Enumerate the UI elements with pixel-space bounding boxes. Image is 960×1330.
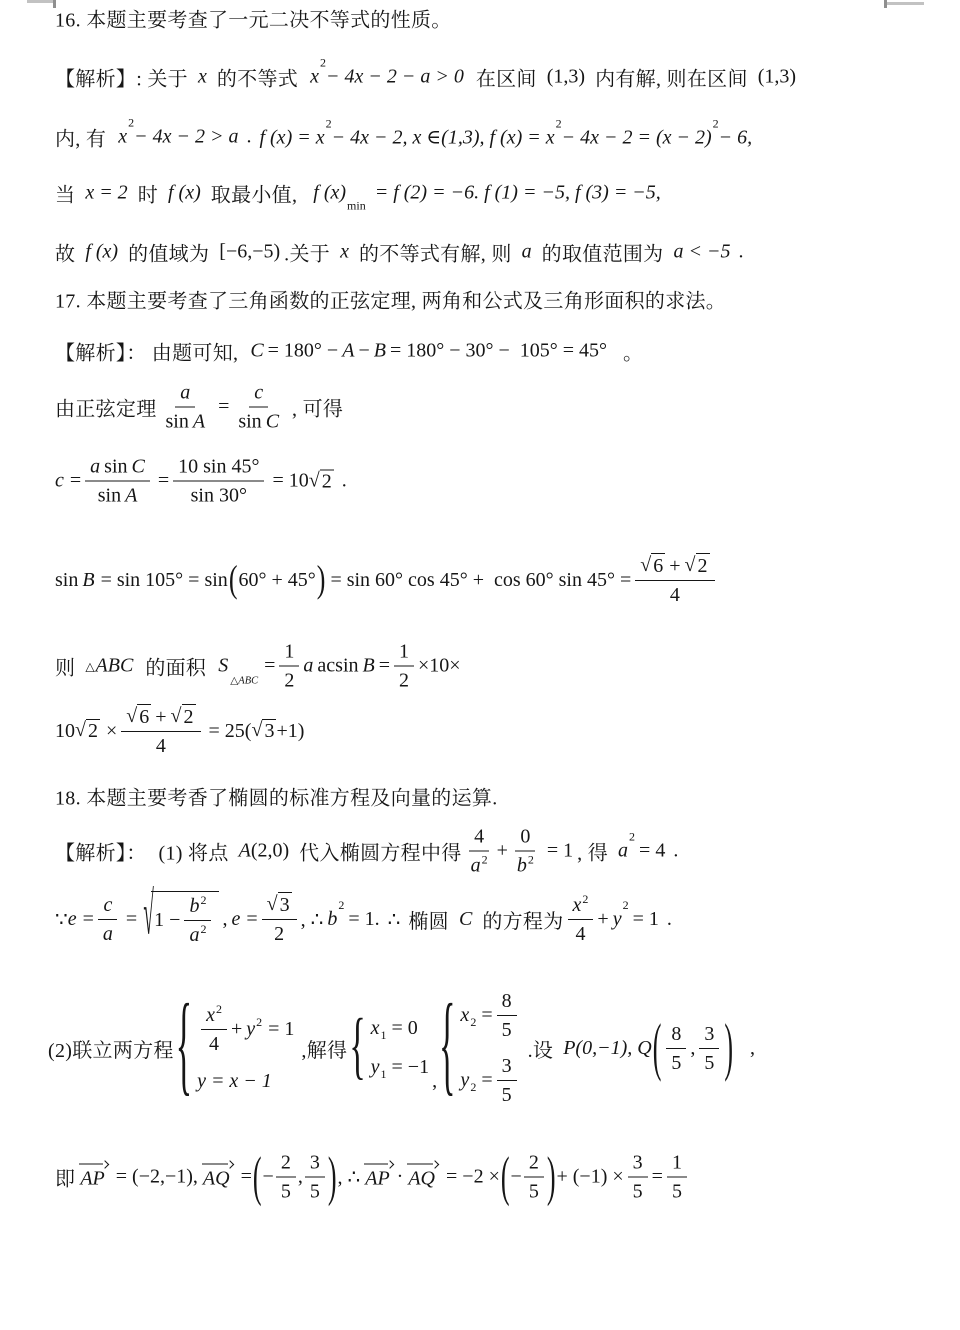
p18-solution-line-2: ∵ e = c a = √ 1 − b2 a2 , e = √3 2 , ∴ b… [55,891,672,947]
radical-sign: √ [171,704,182,728]
numerator: 3 [497,1054,517,1081]
function-fx: f (x) [85,241,118,264]
p16-solution-line-3: 当 x = 2 时 f (x) 取最小值, f (x)min = f (2) =… [55,179,661,208]
denominator: 5 [666,1049,686,1075]
superscript: 2 [556,117,562,131]
p17-solution-line-5: 则 △ABC 的面积 S△ABC = 1 2 a acsin B = 1 2 ×… [55,640,461,693]
fraction: c a [98,893,118,946]
denominator: 5 [276,1178,296,1204]
math-run: AP [365,1168,389,1190]
denominator: 4 [151,732,171,758]
inequality: x2− 4x − 2 > a [118,126,238,149]
subscript-triangle-abc: △ABC [230,676,258,687]
math-run: AP [80,1168,104,1190]
minus: − [263,1166,274,1189]
fraction: √6 + √2 4 [121,704,200,758]
fraction: c sinC [233,381,284,434]
equals: = [481,1004,492,1027]
var-c: c [254,381,263,405]
vector-AP: AP [363,1164,393,1191]
numerator: 8 [497,989,517,1016]
therefore-run: , ∴ [338,1165,361,1190]
vector-AQ: AQ [201,1164,234,1191]
fraction: 10 sin 45° sin 30° [173,455,264,508]
radicand: 6 [651,553,665,578]
analysis-label: 【解析】： [55,837,147,866]
math-run: sin 30° [191,484,247,508]
var-x: x [340,241,349,264]
var-a: a [90,455,100,479]
number: 5 [633,1180,643,1204]
math-run: ×10× [418,655,461,678]
numerator: x2 [568,893,594,920]
title-text: 16. 本题主要考查了一元二决不等式的性质。 [55,4,452,33]
var-x: x [118,126,127,148]
number: 2 [399,669,409,693]
var-B: B [374,340,386,363]
var-B: B [82,569,94,592]
text-run: , 可得 [292,393,343,422]
p17-solution-line-6: 10 √2 × √6 + √2 4 = 25( √3 +1) [55,704,304,758]
var-a: a [103,922,113,946]
radicand: 2 [86,719,100,743]
number: 2 [274,922,284,946]
numerator: 4 [469,825,489,852]
var-C: C [250,340,263,363]
number: 2 [284,669,294,693]
text-run: .设 [528,1034,554,1063]
superscript: 2 [338,898,344,912]
var-A: A [342,340,354,363]
denominator: 4 [665,581,685,607]
p18-solution-line-1: 【解析】： (1) 将点 A(2,0) 代入椭圆方程中得 4 a2 + 0 b2… [55,825,678,878]
range-interval: [−6,−5) [219,241,280,264]
superscript: 2 [326,117,332,131]
system-row: y1= −1 [371,1056,429,1079]
number: 1 [399,640,409,664]
denominator: sinA [161,408,211,434]
math-run: = 180° − 30° − 105° = 45° [390,340,607,363]
var-b: b [327,908,337,930]
numerator: √6 + √2 [635,553,714,581]
var-y2: y [460,1069,469,1092]
left-paren: ( [253,1150,262,1205]
dot-product: · [397,1166,404,1189]
text-run: .关于 [284,238,330,267]
numerator: c [98,893,117,920]
radicand: 3 [278,892,292,917]
sqrt-2: √2 [309,469,334,493]
title-text: 18. 本题主要考香了椭圆的标准方程及向量的运算. [55,782,498,811]
plus: + [669,554,680,578]
fraction: x2 4 [568,893,594,946]
number: 3 [633,1151,643,1175]
sin: sin [238,410,261,434]
math-run: = 1 [268,1018,294,1041]
equals: = [481,1069,492,1092]
fraction: 85 [666,1022,686,1075]
text-run: 取最小值, [211,179,298,208]
point-A: A(2,0) [239,840,290,863]
sqrt-2: √2 [75,719,100,743]
math-run: − 4x − 2 > a [134,126,238,148]
times: × [106,720,117,743]
p17-solution-line-3: c = asinC sinA = 10 sin 45° sin 30° = 10… [55,455,347,508]
sin: sin [104,455,127,479]
p16-solution-line-1: 【解析】: 关于 x 的不等式 x2− 4x − 2 − a > 0 在区间 (… [55,63,796,92]
text-run: 时 [138,179,158,208]
var-C: C [266,410,279,434]
fraction: 15 [667,1151,687,1204]
analysis-label: 【解析】： 由题可知, [55,337,238,366]
minus: − [358,340,369,363]
numerator: 2 [524,1151,544,1178]
number: 4 [156,734,166,758]
var-A: A [193,410,205,434]
period: . [738,241,743,264]
text-run: 代入椭圆方程中得 [299,837,461,866]
plus: + [231,1018,242,1041]
math-run: AQ [203,1168,230,1190]
therefore-run: , ∴ [301,907,324,932]
triangle-icon: △ [85,660,94,674]
var-a: a [618,840,628,862]
interval: (1,3) [547,66,585,89]
var-x2: x [460,1004,469,1027]
math-run: = 180° − [268,340,339,363]
var-C: C [132,455,145,479]
left-brace: { [439,992,455,1104]
text-run: ,解得 [301,1034,347,1063]
interval: (1,3) [758,66,796,89]
var-b: b [189,894,199,918]
number: 2 [529,1151,539,1175]
math-run: = sin 105° = sin [101,569,228,592]
denominator: 4 [204,1030,224,1056]
left-paren: ( [501,1150,510,1205]
equation-system-1: x2 4 + y2 = 1 y = x − 1 [197,1003,294,1093]
var-a: a [189,923,199,947]
plus: + [497,840,508,863]
number: 10 [55,720,75,743]
vector-AP: AP [78,1164,108,1191]
radicand: 2 [320,469,334,493]
radical-sign: √ [126,704,137,728]
number: 4 [670,583,680,607]
var-B: B [363,655,375,678]
p18-solution-line-4: 即 AP = (−2,−1), AQ = ( − 25 , 35 ) , ∴ A… [55,1151,691,1204]
text-run: , 得 [577,837,608,866]
number: 8 [502,989,512,1013]
problem-18-title: 18. 本题主要考香了椭圆的标准方程及向量的运算. [55,782,498,811]
left-brace: { [349,1011,365,1086]
math-run: = sin 60° cos 45° + cos 60° sin 45° = [330,569,631,592]
superscript: 2 [629,830,635,844]
denominator: 5 [628,1178,648,1204]
number: 3 [310,1151,320,1175]
numerator: asinC [85,455,150,482]
fraction: x2 4 [201,1003,227,1056]
text-run: 故 [55,238,75,267]
math-run: = f (2) = −6. f (1) = −5, f (3) = −5, [375,182,661,205]
p16-solution-line-4: 故 f (x) 的值域为 [−6,−5) .关于 x 的不等式有解, 则 a 的… [55,238,743,267]
comma: , [690,1037,695,1060]
left-brace: { [176,992,192,1104]
vector-AQ: AQ [406,1164,439,1191]
text-run: 椭圆 [408,905,449,934]
var-a: a [522,241,532,264]
comma: , [432,1070,437,1107]
numerator: 3 [305,1151,325,1178]
sqrt-3: √3 [267,892,292,917]
math-run: + (−1) × [556,1166,623,1189]
fraction-half: 1 2 [279,640,299,693]
math-run: x = 2 [85,182,127,205]
line-equation: y = x − 1 [197,1070,272,1093]
number: 5 [502,1018,512,1042]
sin: sin [98,484,121,508]
math-run: +1) [276,720,304,743]
radical-sign: √ [251,719,262,742]
equals: = [379,655,390,678]
numerator: x2 [201,1003,227,1030]
a-squared: a2= 4 [618,840,665,863]
var-a: a [303,655,313,678]
answer-range: a < −5 [673,241,730,264]
system-row: y2= 35 [460,1054,520,1107]
minus: − [511,1166,522,1189]
equals: = [218,396,229,419]
sqrt-6: √6 [126,704,151,729]
var-x: x [198,66,207,89]
period: . [246,126,251,149]
number: 4 [209,1032,219,1056]
numerator: a [175,381,195,408]
math-run: 10 sin 45° [178,455,259,479]
var-x: x [310,66,319,88]
math-run: AQ [408,1168,435,1190]
p17-solution-line-2: 由正弦定理 a sinA = c sinC , 可得 [55,381,343,434]
superscript: 2 [623,898,629,912]
equals: = [158,470,169,493]
numerator: c [249,381,268,408]
equals: = [126,908,137,931]
numerator: 3 [699,1022,719,1049]
fraction: asinC sinA [85,455,150,508]
number: 1 [672,1151,682,1175]
denominator: 5 [497,1081,517,1107]
right-paren: ) [328,1150,337,1205]
math-run: − 4x − 2 = (x − 2) [562,127,712,149]
denominator: sinC [233,408,284,434]
radical-sign: √ [309,469,320,492]
text-run: 内, 有 [55,123,106,152]
text-run: 由正弦定理 [55,393,157,422]
fraction: 35 [305,1151,325,1204]
period-cjk: 。 [623,337,643,366]
right-paren: ) [317,561,326,599]
denominator: 2 [279,667,299,693]
function-fx: f (x) [313,182,346,204]
fraction: a sinA [161,381,211,434]
sin: sin [166,410,189,434]
radical-sign: √ [75,719,86,742]
denominator: a2 [184,921,211,947]
angle-sum: 60° + 45° [238,569,315,592]
text-run: 内有解, 则在区间 [595,63,748,92]
radicand: 2 [182,704,196,729]
numerator: 3 [628,1151,648,1178]
fraction: b2 a2 [184,894,211,947]
math-run: f (x) = x [259,127,324,149]
acsin: acsin [317,655,358,678]
numerator: 0 [515,825,535,852]
var-x: x [206,1003,215,1027]
var-S: S [218,655,228,677]
number: 8 [671,1022,681,1046]
fraction: 25 [524,1151,544,1204]
number: 4 [575,922,585,946]
denominator: b2 [512,852,539,878]
math-run: 1 − [154,909,180,932]
equals: = [264,655,275,678]
math-run: − 4x − 2 − a > 0 [326,66,464,88]
denominator: 5 [524,1178,544,1204]
var-x: x [573,893,582,917]
equals: = [70,470,81,493]
math-run: = (−2,−1), [116,1166,198,1189]
math-run: − 4x − 2, x ∈(1,3), f (x) = x [332,127,555,149]
text-run: 的取值范围为 [542,238,664,267]
denominator: 5 [699,1049,719,1075]
p18-solution-line-3: (2)联立两方程 { x2 4 + y2 = 1 y = x − 1 ,解得 {… [48,989,755,1107]
var-y: y [246,1018,255,1041]
fraction-half: 1 2 [394,640,414,693]
superscript: 2 [320,56,326,70]
numerator: 2 [276,1151,296,1178]
analysis-label: 【解析】: 关于 [55,63,188,92]
radical-sign: √ [144,882,154,951]
var-a: a [180,381,190,405]
radical-sign: √ [640,553,651,577]
document-page: 16. 本题主要考查了一元二决不等式的性质。 【解析】: 关于 x 的不等式 x… [0,0,960,1330]
equation-system-2: x1= 0 y1= −1 [371,1017,429,1079]
superscript: 2 [128,116,134,130]
fx-min: f (x)min [313,182,366,205]
var-A: A [239,840,251,862]
left-paren: ( [229,561,238,599]
text-run: 的方程为 [482,905,563,934]
number: 5 [281,1180,291,1204]
right-paren: ) [724,1016,733,1081]
var-x1: x [371,1017,380,1040]
p17-solution-line-4: sin B = sin 105° = sin ( 60° + 45° ) = s… [55,553,719,607]
number: 4 [474,825,484,849]
numerator: √6 + √2 [121,704,200,732]
plus: + [155,705,166,729]
number: 1 [284,640,294,664]
y-squared: y2= 1 [613,908,659,931]
denominator: 4 [570,920,590,946]
number: 5 [529,1180,539,1204]
sqrt-2: √2 [685,553,710,578]
mark-bar [887,2,924,5]
fraction: 4 a2 [466,825,493,878]
math-run: = 1 [633,908,659,930]
system-row: x2= 85 [460,989,520,1042]
denominator: 5 [667,1178,687,1204]
math-run: = 4 [639,840,665,862]
math-run: = 10 [272,470,308,493]
math-run: − 6, [719,127,753,149]
denominator: a [98,920,118,946]
numerator: 1 [279,640,299,667]
subscript-min: min [347,199,366,213]
fraction: 85 [497,989,517,1042]
b-squared: b2= 1. [327,908,379,931]
numerator: 1 [667,1151,687,1178]
period: . [673,840,678,863]
problem-16-title: 16. 本题主要考查了一元二决不等式的性质。 [55,4,452,33]
radical-sign: √ [685,553,696,577]
denominator: 5 [497,1016,517,1042]
number: 5 [672,1180,682,1204]
fraction: √6 + √2 4 [635,553,714,607]
numerator: 8 [666,1022,686,1049]
denominator: 5 [305,1178,325,1204]
number: 0 [520,825,530,849]
system-row: y = x − 1 [197,1070,272,1093]
sin: sin [55,569,78,592]
text-run: 的不等式有解, 则 [359,238,512,267]
var-c: c [103,893,112,917]
numerator: b2 [184,894,211,921]
denominator: a2 [466,852,493,878]
p16-solution-line-2: 内, 有 x2− 4x − 2 > a . f (x) = x2− 4x − 2… [55,123,752,152]
var-C: C [459,908,472,931]
comma: , [750,1037,755,1060]
denominator: sin 30° [186,482,252,508]
text-run: 的面积 [145,652,206,681]
sqrt-2: √2 [171,704,196,729]
equation-system-3: x2= 85 y2= 35 [460,989,520,1107]
period: . [342,470,347,493]
fraction: 35 [497,1054,517,1107]
math-run: = 25( [209,720,252,743]
fraction: 35 [699,1022,719,1075]
radicand: 1 − b2 a2 [151,891,219,947]
period: . [667,908,672,931]
radicand: 2 [696,553,710,578]
plus: + [597,908,608,931]
var-b: b [517,854,527,878]
denominator: 2 [269,920,289,946]
var-A: A [125,484,137,508]
system-row: x1= 0 [371,1017,418,1040]
right-paren: ) [547,1150,556,1205]
math-run: = −1 [392,1056,430,1079]
number: 5 [671,1051,681,1075]
big-square-root: √ 1 − b2 a2 [140,891,219,947]
superscript: 2 [713,117,719,131]
equals: = [83,908,94,931]
radicand: 3 [262,719,276,743]
quadratic-inequality: x2− 4x − 2 − a > 0 [310,66,464,89]
denominator: 2 [394,667,414,693]
title-text: 17. 本题主要考查了三角函数的正弦定理, 两角和公式及三角形面积的求法。 [55,285,726,314]
left-paren: ( [653,1016,662,1081]
number: 5 [502,1083,512,1107]
